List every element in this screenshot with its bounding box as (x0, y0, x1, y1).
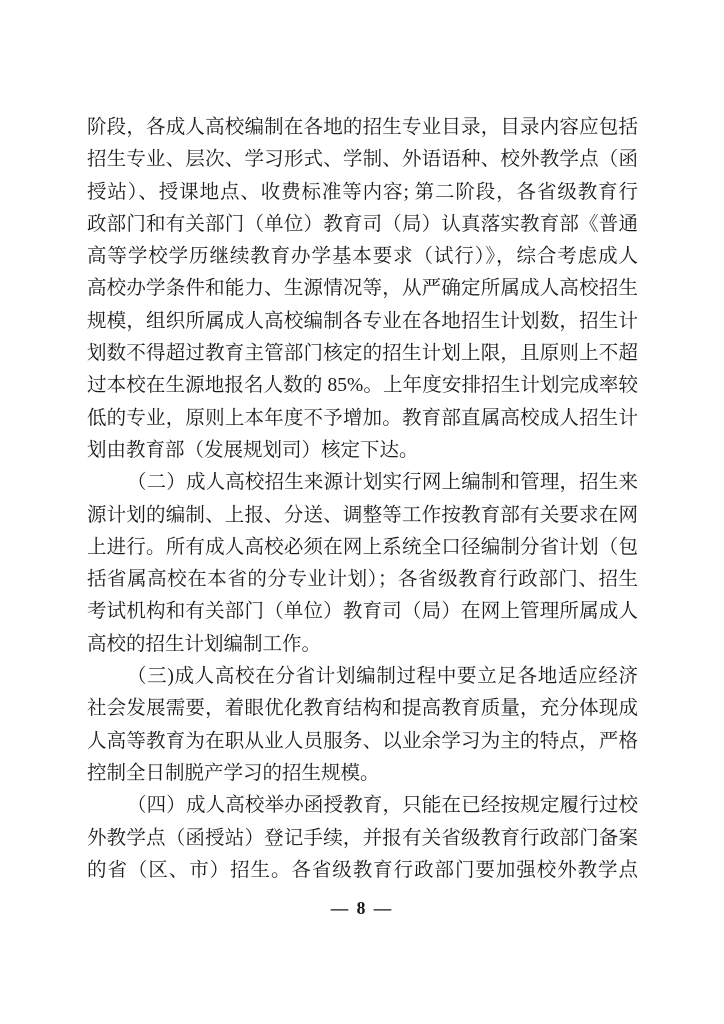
paragraph-item-2: （二）成人高校招生来源计划实行网上编制和管理，招生来 源计划的编制、上报、分送、… (87, 467, 638, 661)
paragraph-item-1-continuation: 阶段，各成人高校编制在各地的招生专业目录，目录内容应包括 招生专业、层次、学习形… (87, 112, 638, 467)
text-line: 人高等教育为在职从业人员服务、以业余学习为主的特点，严格 (87, 726, 638, 758)
text-line: 上进行。所有成人高校必须在网上系统全口径编制分省计划（包 (87, 532, 638, 564)
text-line: 考试机构和有关部门（单位）教育司（局）在网上管理所属成人 (87, 596, 638, 628)
document-page: 阶段，各成人高校编制在各地的招生专业目录，目录内容应包括 招生专业、层次、学习形… (0, 0, 724, 1024)
text-line: 政部门和有关部门（单位）教育司（局）认真落实教育部《普通 (87, 209, 638, 241)
text-line: （二）成人高校招生来源计划实行网上编制和管理，招生来 (87, 467, 638, 499)
text-line: 划数不得超过教育主管部门核定的招生计划上限，且原则上不超 (87, 338, 638, 370)
paragraph-item-3: （三)成人高校在分省计划编制过程中要立足各地适应经济 社会发展需要，着眼优化教育… (87, 661, 638, 790)
text-line: 高校办学条件和能力、生源情况等，从严确定所属成人高校招生 (87, 273, 638, 305)
document-body: 阶段，各成人高校编制在各地的招生专业目录，目录内容应包括 招生专业、层次、学习形… (87, 112, 638, 887)
text-line: 高等学校学历继续教育办学基本要求（试行）》，综合考虑成人 (87, 241, 638, 273)
text-line: （三)成人高校在分省计划编制过程中要立足各地适应经济 (87, 661, 638, 693)
text-line: 源计划的编制、上报、分送、调整等工作按教育部有关要求在网 (87, 500, 638, 532)
text-line: 低的专业，原则上本年度不予增加。教育部直属高校成人招生计 (87, 403, 638, 435)
text-line: 控制全日制脱产学习的招生规模。 (87, 758, 638, 790)
text-line: 过本校在生源地报名人数的 85%。上年度安排招生计划完成率较 (87, 370, 638, 402)
text-line: 授站）、授课地点、收费标准等内容; 第二阶段，各省级教育行 (87, 177, 638, 209)
text-line: 划由教育部（发展规划司）核定下达。 (87, 435, 638, 467)
text-line: 社会发展需要，着眼优化教育结构和提高教育质量，充分体现成 (87, 693, 638, 725)
text-line: 阶段，各成人高校编制在各地的招生专业目录，目录内容应包括 (87, 112, 638, 144)
text-line: 括省属高校在本省的分专业计划）；各省级教育行政部门、招生 (87, 564, 638, 596)
text-line: 高校的招生计划编制工作。 (87, 629, 638, 661)
text-line: 的省（区、市）招生。各省级教育行政部门要加强校外教学点 (87, 855, 638, 887)
page-number: — 8 — (0, 898, 724, 919)
text-line: 招生专业、层次、学习形式、学制、外语语种、校外教学点（函 (87, 144, 638, 176)
text-line: 规模，组织所属成人高校编制各专业在各地招生计划数，招生计 (87, 306, 638, 338)
text-line: 外教学点（函授站）登记手续，并报有关省级教育行政部门备案 (87, 823, 638, 855)
paragraph-item-4: （四）成人高校举办函授教育，只能在已经按规定履行过校 外教学点（函授站）登记手续… (87, 790, 638, 887)
text-line: （四）成人高校举办函授教育，只能在已经按规定履行过校 (87, 790, 638, 822)
